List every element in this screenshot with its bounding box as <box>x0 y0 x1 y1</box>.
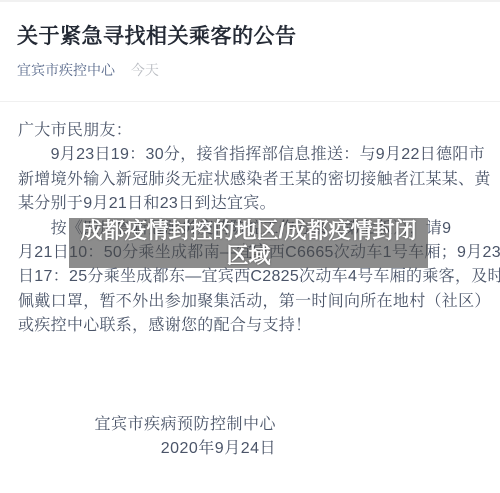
body-text-line: 或疾控中心联系，感谢您的配合与支持！ <box>18 314 470 338</box>
article-body: 广大市民朋友： 9月23日19：30分，接省指挥部信息推送：与9月22日德阳市新… <box>0 102 500 462</box>
body-text-line: 新增境外输入新冠肺炎无症状感染者王某的密切接触者江某某、黄 <box>18 168 470 192</box>
article-page: 关于紧急寻找相关乘客的公告 宜宾市疾控中心 今天 广大市民朋友： 9月23日19… <box>0 0 500 493</box>
article-meta: 宜宾市疾控中心 今天 <box>17 60 482 80</box>
body-text-line: 佩戴口罩，暂不外出参加聚集活动，第一时间向所在地村（社区） <box>18 290 470 314</box>
body-text-line: 某分别于9月21日和23日到达宜宾。 <box>18 192 470 216</box>
article-header: 关于紧急寻找相关乘客的公告 宜宾市疾控中心 今天 <box>0 2 500 80</box>
watermark-text: 成都疫情封控的地区/成都疫情封闭区域 <box>73 218 425 268</box>
body-text-line: 9月23日19：30分，接省指挥部信息推送：与9月22日德阳市 <box>18 143 470 167</box>
body-text-line: 日17：25分乘坐成都东—宜宾西C2825次动车4号车厢的乘客，及时 <box>18 265 470 289</box>
signature-block: 宜宾市疾病预防控制中心 2020年9月24日 <box>18 413 470 462</box>
account-name-link[interactable]: 宜宾市疾控中心 <box>17 62 115 78</box>
signature-org: 宜宾市疾病预防控制中心 <box>18 413 276 438</box>
publish-time: 今天 <box>131 62 159 78</box>
signature-date: 2020年9月24日 <box>18 437 276 462</box>
page-title: 关于紧急寻找相关乘客的公告 <box>17 22 482 52</box>
body-text-line: 广大市民朋友： <box>18 119 470 143</box>
watermark-overlay: 成都疫情封控的地区/成都疫情封闭区域 <box>69 218 428 268</box>
